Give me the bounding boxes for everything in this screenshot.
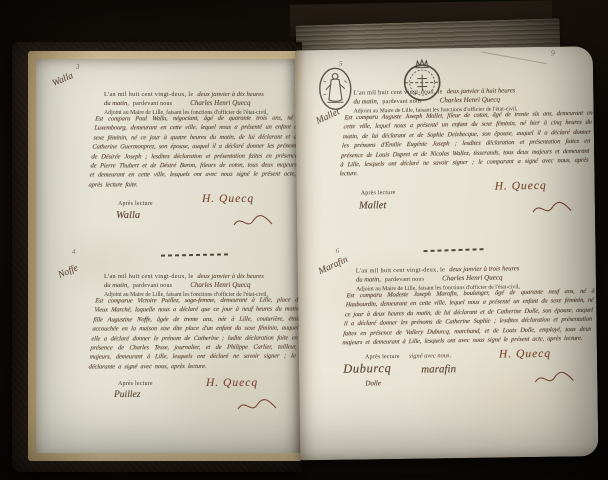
printed-formula-opening: L'an mil huit cent vingt-deux, le	[104, 273, 193, 280]
margin-name-marafin: Marafin	[317, 255, 349, 277]
handwritten-date: deux janvier à dix heures	[197, 273, 263, 280]
handwritten-officer-name: Charles Henri Quecq	[190, 281, 250, 289]
paraph-flourish	[232, 213, 274, 231]
margin-name-noffe: Noffe	[57, 263, 80, 281]
civil-act-mallet: L'an mil huit cent vingt-deux, le deux j…	[353, 78, 591, 236]
paraph-flourish	[531, 199, 573, 218]
party-signature: marafin	[421, 364, 456, 376]
handwritten-date: deux janvier à dix heures	[197, 91, 263, 98]
printed-apres-lecture: Après lecture	[118, 201, 153, 207]
margin-name-walla: Walla	[51, 71, 75, 89]
paraph-flourish	[236, 397, 278, 415]
book-cover-left: 3 Walla L'an mil huit cent vingt-deux, l…	[12, 42, 302, 472]
party-signature: Duburcq	[343, 361, 391, 377]
printed-adjoint-line: Adjoint au Maire de Lille, faisant les f…	[104, 292, 268, 298]
act-number: 5	[339, 60, 343, 68]
act-separator	[161, 253, 229, 256]
act-number: 4	[72, 248, 76, 256]
printed-formula-opening: L'an mil huit cent vingt-deux, le	[104, 91, 193, 98]
left-page: 3 Walla L'an mil huit cent vingt-deux, l…	[36, 59, 302, 453]
civil-act-marafin: L'an mil huit cent vingt-deux, le deux j…	[356, 256, 594, 405]
handwritten-closing: signé avec nous.	[409, 353, 451, 361]
right-page: 9 5 Mallet L'an mil huit cent vingt-deux…	[295, 46, 599, 460]
party-signature: Puillez	[114, 390, 140, 400]
act-body-handwriting: Est comparu Modeste Joseph Marafin, boul…	[342, 287, 595, 348]
act-closing: Après lecture signé avec nous. Duburcq m…	[357, 350, 594, 405]
printed-pardevant: pardevant nous	[133, 283, 172, 289]
paraph-flourish	[533, 370, 575, 389]
figure-stamp-icon	[317, 66, 354, 112]
page-number-pencil: 9	[551, 49, 555, 58]
handwritten-du-matin: du matin,	[104, 100, 129, 107]
handwritten-officer-name: Charles Henri Quecq	[190, 99, 250, 107]
printed-apres-lecture: Après lecture	[365, 354, 400, 360]
archival-scan: 3 Walla L'an mil huit cent vingt-deux, l…	[0, 0, 608, 480]
act-body-handwriting: Est comparu Auguste Joseph Mallet, fileu…	[339, 109, 593, 180]
officer-signature: H. Quecq	[495, 180, 547, 193]
handwritten-du-matin: du matin,	[104, 282, 129, 289]
act-separator	[424, 248, 486, 252]
act-number: 3	[76, 63, 80, 71]
act-closing: Après lecture Walla H. Quecq	[104, 195, 298, 247]
civil-act-walla: L'an mil huit cent vingt-deux, le deux j…	[104, 83, 298, 247]
officer-signature: H. Quecq	[499, 348, 551, 361]
party-signature: Dolle	[365, 380, 381, 388]
party-signature: Walla	[116, 210, 140, 221]
act-closing: Après lecture Mallet H. Quecq	[355, 181, 592, 236]
act-closing: Après lecture Puillez H. Quecq	[104, 377, 298, 429]
civil-act-noffe: L'an mil huit cent vingt-deux, le deux j…	[104, 265, 298, 429]
printed-apres-lecture: Après lecture	[118, 381, 153, 387]
pencil-stroke	[481, 51, 546, 64]
act-body-handwriting: Est comparu Paul Walla, négociant, âgé d…	[88, 113, 302, 189]
printed-adjoint-line: Adjoint au Maire de Lille, faisant les f…	[104, 110, 268, 116]
party-signature: Mallet	[359, 200, 387, 211]
act-number: 6	[335, 247, 339, 255]
officer-signature: H. Quecq	[206, 377, 258, 389]
pastedown-edge	[28, 51, 302, 461]
officer-signature: H. Quecq	[202, 193, 254, 205]
printed-pardevant: pardevant nous	[133, 101, 172, 107]
act-body-handwriting: Est comparue Victoire Puillez, sage-femm…	[88, 295, 302, 371]
printed-apres-lecture: Après lecture	[361, 190, 396, 196]
